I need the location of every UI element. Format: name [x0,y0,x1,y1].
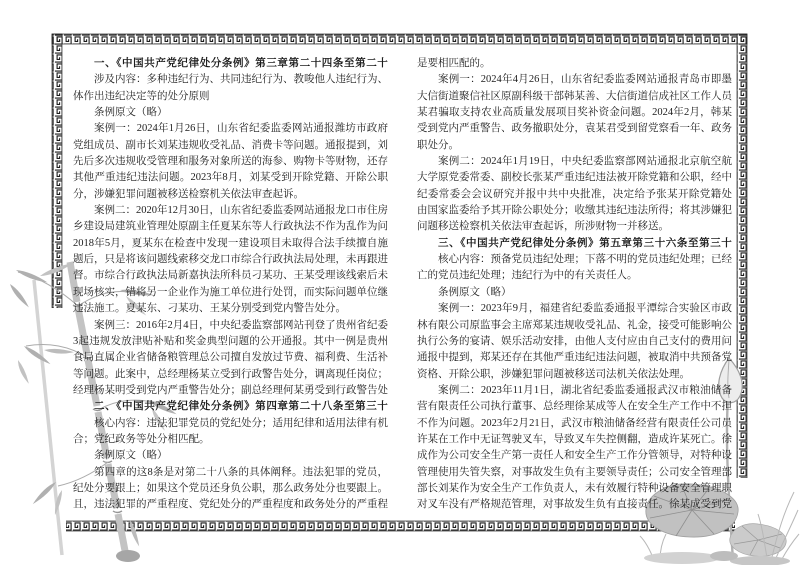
text-line: 管理使用失管失察，对事故发生负有主要领导责任；公司安全管理部副 [417,465,732,481]
text-line: 食局直属企业省储备粮管理总公司擅自发放过节费、福利费、生活补助 [73,350,388,366]
text-line: 现场核实，错将另一企业作为施工单位进行处罚，而实际问题单位继续 [73,285,388,301]
text-line: 纪委常委会会议研究并报中共中央批准，决定给予张某开除党籍处分； [417,187,732,203]
text-line: 督。市综合行政执法局新嘉执法所科员刁某功、王某受理该线索后未经 [73,268,388,284]
text-line: 题后，只是将该问题线索移交龙口市综合行政执法局处理，未再跟进监 [73,252,388,268]
text-line: 许某在工作中无证驾驶叉车，导致叉车失控侧翻，造成许某死亡。徐某 [417,432,732,448]
text-line: 执行公务的宴请、娱乐活动安排，由他人支付应由自己支付的费用问题。 [417,334,732,350]
text-line: 经理杨某明受到党内严重警告处分；副总经理何某勇受到行政警告处分。 [73,383,388,399]
text-line: 合；党纪政务等处分相匹配。 [73,432,388,448]
text-line: 涉及内容：多种违纪行为、共同违纪行为、教唆他人违纪行为、集 [73,72,388,88]
text-line: 部长刘某作为安全生产工作负责人，未有效履行特种设备安全管理职责， [417,481,732,497]
text-line: 纪处分要跟上；如果这个党员还身负公职，那么政务处分也要跟上。并 [73,481,388,497]
text-line: 体作出违纪决定等的处分原则 [73,89,388,105]
text-line: 大学原党委常委、副校长张某严重违纪违法被开除党籍和公职，经中央 [417,170,732,186]
lotus-leaf-small [730,524,786,557]
text-line: 问题移送检察机关依法审查起诉，所涉财物一并移送。 [417,219,732,235]
text-line: 案例二：2020年12月30日，山东省纪委监委网站通报龙口市住房城 [73,203,388,219]
text-line: 3起违规发放津贴补贴和奖金典型问题的公开通报。其中一例是贵州省粮 [73,334,388,350]
text-column-left: 一、《中国共产党纪律处分条例》第三章第二十四条至第二十七条涉及内容：多种违纪行为… [73,56,388,514]
text-line: 案例一：2024年1月26日，山东省纪委监委网站通报潍坊市政府原 [73,121,388,137]
text-line: 且，违法犯罪的严重程度、党纪处分的严重程度和政务处分的严重程度 [73,497,388,513]
text-line: 条例原文（略） [73,448,388,464]
text-line: 先后多次违规收受管理和服务对象所送的海参、购物卡等财物，还存在 [73,154,388,170]
text-line: 是要相匹配的。 [417,56,732,72]
text-line: 不作为问题。2023年2月21日，武汉市粮油储备经营有限责任公司员工 [417,416,732,432]
text-line: 案例二：2024年1月19日，中央纪委监察部网站通报北京航空航天 [417,154,732,170]
text-line: 等问题。此案中，总经理杨某立受到行政警告处分，调离现任岗位；副总 [73,367,388,383]
text-line: 条例原文（略） [73,105,388,121]
text-line: 通报中提到，郑某还存在其他严重违纪违法问题，被取消中共预备党员 [417,350,732,366]
text-line: 二、《中国共产党纪律处分条例》第四章第二十八条至第三十五条 [73,399,388,415]
text-column-right: 是要相匹配的。案例一：2024年4月26日，山东省纪委监委网站通报青岛市即墨区大… [417,56,732,514]
text-line: 案例一：2024年4月26日，山东省纪委监委网站通报青岛市即墨区 [417,72,732,88]
text-line: 由国家监委给予其开除公职处分；收缴其违纪违法所得；将其涉嫌犯罪 [417,203,732,219]
text-line: 分，涉嫌犯罪问题被移送检察机关依法审查起诉。 [73,187,388,203]
text-line: 职处分。 [417,138,732,154]
text-line: 林有限公司原监事会主席郑某违规收受礼品、礼金，接受可能影响公正 [417,318,732,334]
text-line: 案例一：2023年9月，福建省纪委监委通报平潭综合实验区市政园 [417,301,732,317]
text-line: 某君骗取支持农业高质量发展项目奖补资金问题。2024年2月，韩某善 [417,105,732,121]
text-line: 大信街道聚信社区原副科级干部韩某善、大信街道信成社区工作人员袁 [417,89,732,105]
text-line: 案例二：2023年11月1日，湖北省纪委监委通报武汉市粮油储备经 [417,383,732,399]
text-line: 党组成员、副市长刘某违规收受礼品、消费卡等问题。通报提到，刘某 [73,138,388,154]
text-line: 资格、开除公职，涉嫌犯罪问题被移送司法机关依法处理。 [417,367,732,383]
text-line: 三、《中国共产党纪律处分条例》第五章第三十六条至第三十九条 [417,236,732,252]
text-line: 营有限责任公司执行董事、总经理徐某成等人在安全生产工作中不担当 [417,399,732,415]
text-line: 案例三：2016年2月4日，中央纪委监察部网站刊登了贵州省纪委对 [73,318,388,334]
text-line: 成作为公司安全生产第一责任人和安全生产工作分管领导，对特种设备 [417,448,732,464]
text-line: 乡建设局建筑业管理处原副主任夏某东等人行政执法不作为乱作为问题。 [73,219,388,235]
text-line: 其他严重违纪违法问题。2023年8月，刘某受到开除党籍、开除公职处 [73,170,388,186]
text-line: 一、《中国共产党纪律处分条例》第三章第二十四条至第二十七条 [73,56,388,72]
text-line: 亡的党员违纪处理；违纪行为中的有关责任人。 [417,268,732,284]
document-page: { "page": { "kind": "printed-document-pa… [0,0,800,565]
text-line: 核心内容：违法犯罪党员的党纪处分；适用纪律和适用法律有机融 [73,416,388,432]
text-line: 条例原文（略） [417,285,732,301]
text-line: 2018年5月，夏某东在检查中发现一建设项目未取得合法手续擅自施工问 [73,236,388,252]
text-line: 对叉车没有严格规范管理，对事故发生负有直接责任。徐某成受到党内 [417,497,732,513]
text-line: 核心内容：预备党员违纪处理；下落不明的党员违纪处理；已经死 [417,252,732,268]
bamboo-foot [116,550,140,562]
text-line: 受到党内严重警告、政务撤职处分，袁某君受到留党察看一年、政务撤 [417,121,732,137]
text-line: 第四章的这8条是对第二十八条的具体阐释。违法犯罪的党员，党 [73,465,388,481]
text-line: 违法施工。夏某东、刁某功、王某分别受到党内警告处分。 [73,301,388,317]
